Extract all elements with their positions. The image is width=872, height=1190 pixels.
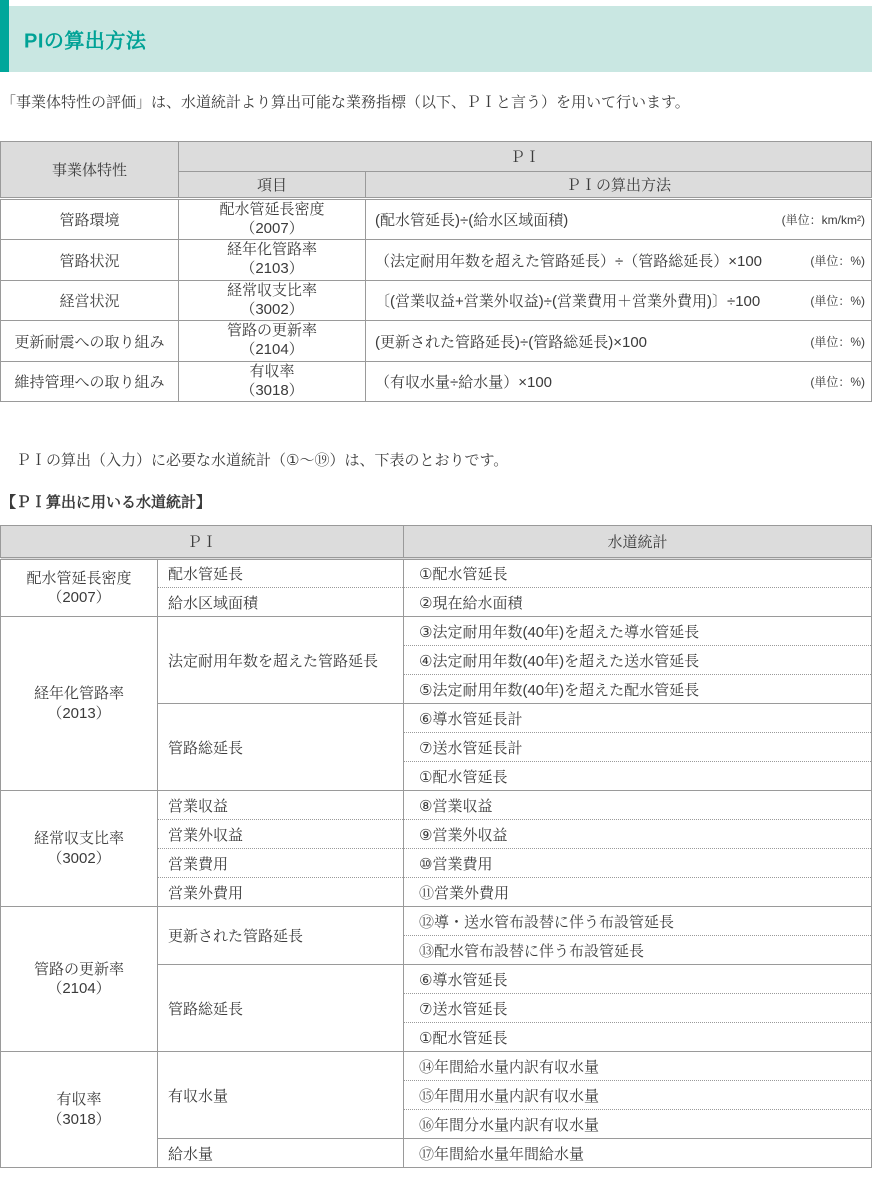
stat-cell: ①配水管延長 xyxy=(404,1023,872,1052)
pi-item-cell: 営業外費用 xyxy=(158,878,404,907)
characteristic-cell: 維持管理への取り組み xyxy=(1,361,179,402)
pi-item-cell: 更新された管路延長 xyxy=(158,907,404,965)
formula-cell: (更新された管路延長)÷(管路総延長)×100 (単位：%) xyxy=(366,321,872,362)
pi-item-cell: 給水区域面積 xyxy=(158,588,404,617)
stat-cell: ⑭年間給水量内訳有収水量 xyxy=(404,1052,872,1081)
pi-item-cell: 営業収益 xyxy=(158,791,404,820)
stat-cell: ⑧営業収益 xyxy=(404,791,872,820)
col-header-pi: ＰＩ xyxy=(1,526,404,559)
formula-text: 〔(営業収益+営業外収益)÷(営業費用＋営業外費用)〕÷100 xyxy=(375,290,760,311)
col-header-method: ＰＩの算出方法 xyxy=(366,171,872,198)
stat-cell: ⑦送水管延長 xyxy=(404,994,872,1023)
unit-label: (単位：%) xyxy=(810,373,865,390)
table-row: 管路の更新率 （2104） 更新された管路延長 ⑫導・送水管布設替に伴う布設管延… xyxy=(1,907,872,936)
table-row: 維持管理への取り組み 有収率 （3018） （有収水量÷給水量）×100 (単位… xyxy=(1,361,872,402)
pi-item-cell: 有収率 （3018） xyxy=(179,361,366,402)
col-header-item: 項目 xyxy=(179,171,366,198)
unit-label: (単位：%) xyxy=(810,252,865,269)
stat-cell: ⑮年間用水量内訳有収水量 xyxy=(404,1081,872,1110)
unit-label: (単位：%) xyxy=(810,333,865,350)
table-row: 経営状況 経常収支比率 （3002） 〔(営業収益+営業外収益)÷(営業費用＋営… xyxy=(1,280,872,321)
stat-cell: ⑥導水管延長 xyxy=(404,965,872,994)
characteristic-cell: 更新耐震への取り組み xyxy=(1,321,179,362)
stat-cell: ⑬配水管布設替に伴う布設管延長 xyxy=(404,936,872,965)
formula-cell: （有収水量÷給水量）×100 (単位：%) xyxy=(366,361,872,402)
pi-name-cell: 経年化管路率 （2013） xyxy=(1,617,158,791)
stat-cell: ⑯年間分水量内訳有収水量 xyxy=(404,1110,872,1139)
formula-text: (配水管延長)÷(給水区域面積) xyxy=(375,209,568,230)
pi-item-cell: 有収水量 xyxy=(158,1052,404,1139)
unit-label: (単位：%) xyxy=(810,292,865,309)
formula-text: （法定耐用年数を超えた管路延長）÷（管路総延長）×100 xyxy=(375,250,762,271)
table-row: 経常収支比率 （3002） 営業収益 ⑧営業収益 xyxy=(1,791,872,820)
section-header: PIの算出方法 xyxy=(0,6,872,72)
pi-item-cell: 法定耐用年数を超えた管路延長 xyxy=(158,617,404,704)
stat-cell: ⑤法定耐用年数(40年)を超えた配水管延長 xyxy=(404,675,872,704)
table-row: 有収率 （3018） 有収水量 ⑭年間給水量内訳有収水量 xyxy=(1,1052,872,1081)
section-title: PIの算出方法 xyxy=(24,25,146,54)
stat-cell: ⑰年間給水量年間給水量 xyxy=(404,1139,872,1168)
col-header-pi: ＰＩ xyxy=(179,141,872,171)
col-header-characteristic: 事業体特性 xyxy=(1,141,179,198)
stat-cell: ⑦送水管延長計 xyxy=(404,733,872,762)
pi-name-cell: 管路の更新率 （2104） xyxy=(1,907,158,1052)
stat-cell: ⑥導水管延長計 xyxy=(404,704,872,733)
col-header-stat: 水道統計 xyxy=(404,526,872,559)
formula-cell: (配水管延長)÷(給水区域面積) (単位：km/km²) xyxy=(366,198,872,240)
table-row: 管路状況 経年化管路率 （2103） （法定耐用年数を超えた管路延長）÷（管路総… xyxy=(1,240,872,281)
pi-item-cell: 給水量 xyxy=(158,1139,404,1168)
pi-item-cell: 管路総延長 xyxy=(158,704,404,791)
pi-item-cell: 配水管延長密度 （2007） xyxy=(179,198,366,240)
pi-item-cell: 営業外収益 xyxy=(158,820,404,849)
pi-name-cell: 経常収支比率 （3002） xyxy=(1,791,158,907)
characteristic-cell: 経営状況 xyxy=(1,280,179,321)
stat-cell: ①配水管延長 xyxy=(404,762,872,791)
stat-cell: ④法定耐用年数(40年)を超えた送水管延長 xyxy=(404,646,872,675)
formula-cell: 〔(営業収益+営業外収益)÷(営業費用＋営業外費用)〕÷100 (単位：%) xyxy=(366,280,872,321)
pi-item-cell: 管路総延長 xyxy=(158,965,404,1052)
stat-cell: ①配水管延長 xyxy=(404,559,872,588)
pi-item-cell: 営業費用 xyxy=(158,849,404,878)
characteristic-cell: 管路状況 xyxy=(1,240,179,281)
stat-cell: ⑫導・送水管布設替に伴う布設管延長 xyxy=(404,907,872,936)
table-row: 更新耐震への取り組み 管路の更新率 （2104） (更新された管路延長)÷(管路… xyxy=(1,321,872,362)
formula-cell: （法定耐用年数を超えた管路延長）÷（管路総延長）×100 (単位：%) xyxy=(366,240,872,281)
stat-cell: ⑩営業費用 xyxy=(404,849,872,878)
formula-text: （有収水量÷給水量）×100 xyxy=(375,371,552,392)
pi-name-cell: 配水管延長密度 （2007） xyxy=(1,559,158,617)
stat-cell: ②現在給水面積 xyxy=(404,588,872,617)
pi-stats-table: ＰＩ 水道統計 配水管延長密度 （2007） 配水管延長 ①配水管延長 給水区域… xyxy=(0,525,872,1168)
characteristic-cell: 管路環境 xyxy=(1,198,179,240)
table-row: 経年化管路率 （2013） 法定耐用年数を超えた管路延長 ③法定耐用年数(40年… xyxy=(1,617,872,646)
pi-item-cell: 管路の更新率 （2104） xyxy=(179,321,366,362)
pi-item-cell: 配水管延長 xyxy=(158,559,404,588)
pi-calculation-table: 事業体特性 ＰＩ 項目 ＰＩの算出方法 管路環境 配水管延長密度 （2007） … xyxy=(0,141,872,403)
note-paragraph: ＰＩの算出（入力）に必要な水道統計（①～⑲）は、下表のとおりです。 xyxy=(1,449,872,470)
pi-item-cell: 経常収支比率 （3002） xyxy=(179,280,366,321)
formula-text: (更新された管路延長)÷(管路総延長)×100 xyxy=(375,331,647,352)
pi-name-cell: 有収率 （3018） xyxy=(1,1052,158,1168)
stat-cell: ③法定耐用年数(40年)を超えた導水管延長 xyxy=(404,617,872,646)
stat-cell: ⑪営業外費用 xyxy=(404,878,872,907)
table-row: 配水管延長密度 （2007） 配水管延長 ①配水管延長 xyxy=(1,559,872,588)
unit-label: (単位：km/km²) xyxy=(782,211,865,228)
section-accent-bar xyxy=(0,0,9,72)
stats-table-caption: 【ＰＩ算出に用いる水道統計】 xyxy=(1,491,872,512)
pi-item-cell: 経年化管路率 （2103） xyxy=(179,240,366,281)
intro-paragraph: 「事業体特性の評価」は、水道統計より算出可能な業務指標（以下、ＰＩと言う）を用い… xyxy=(1,94,872,113)
table-row: 管路環境 配水管延長密度 （2007） (配水管延長)÷(給水区域面積) (単位… xyxy=(1,198,872,240)
stat-cell: ⑨営業外収益 xyxy=(404,820,872,849)
